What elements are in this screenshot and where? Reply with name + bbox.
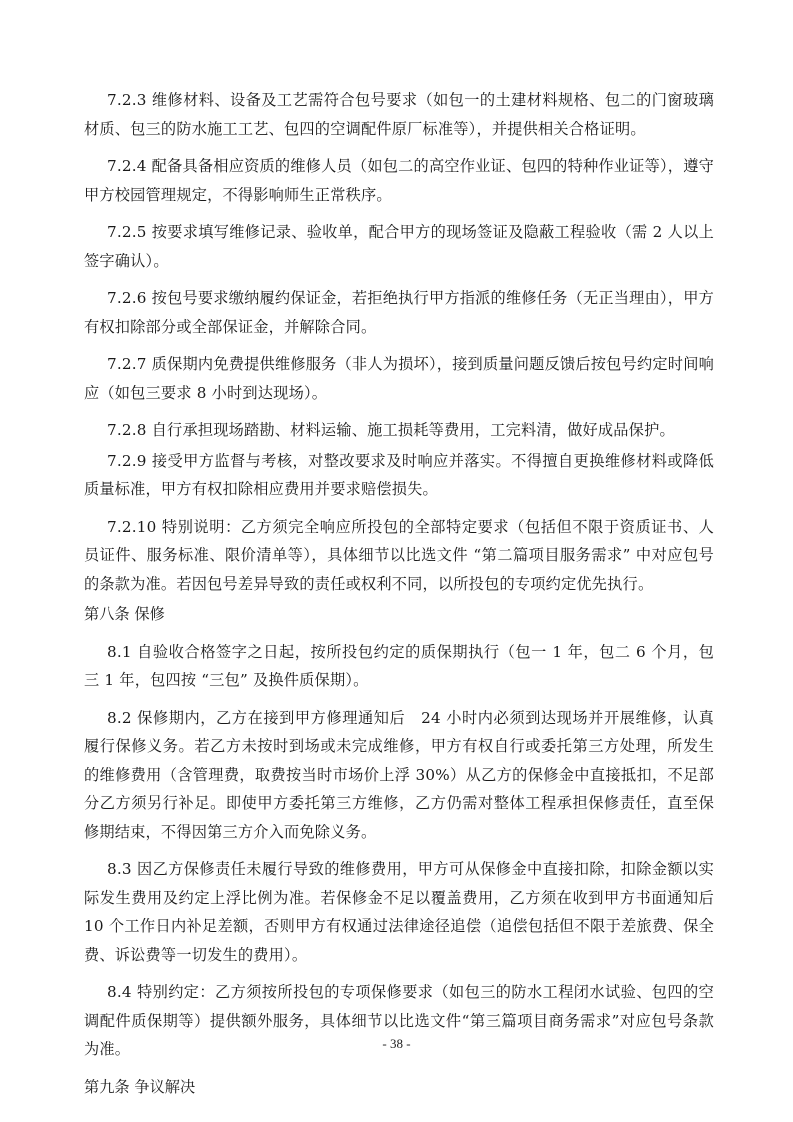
clause-8-1: 8.1 自验收合格签字之日起，按所投包约定的质保期执行（包一 1 年，包二 6 … — [84, 638, 714, 695]
page-number: - 38 - — [0, 1036, 793, 1052]
clause-7-2-7: 7.2.7 质保期内免费提供维修服务（非人为损坏），接到质量问题反馈后按包号约定… — [84, 350, 714, 407]
clause-7-2-5: 7.2.5 按要求填写维修记录、验收单，配合甲方的现场签证及隐蔽工程验收（需 2… — [84, 218, 714, 275]
article-9-heading: 第九条 争议解决 — [84, 1073, 714, 1102]
clause-7-2-8: 7.2.8 自行承担现场踏勘、材料运输、施工损耗等费用，工完料清，做好成品保护。 — [84, 416, 714, 445]
article-8-heading: 第八条 保修 — [84, 600, 714, 629]
clause-7-2-3: 7.2.3 维修材料、设备及工艺需符合包号要求（如包一的土建材料规格、包二的门窗… — [84, 86, 714, 143]
clause-8-2: 8.2 保修期内，乙方在接到甲方修理通知后 24 小时内必须到达现场并开展维修，… — [84, 704, 714, 847]
document-page: 7.2.3 维修材料、设备及工艺需符合包号要求（如包一的土建材料规格、包二的门窗… — [84, 86, 714, 1110]
clause-7-2-4: 7.2.4 配备具备相应资质的维修人员（如包二的高空作业证、包四的特种作业证等）… — [84, 152, 714, 209]
clause-7-2-9: 7.2.9 接受甲方监督与考核，对整改要求及时响应并落实。不得擅自更换维修材料或… — [84, 447, 714, 504]
clause-7-2-10: 7.2.10 特别说明：乙方须完全响应所投包的全部特定要求（包括但不限于资质证书… — [84, 513, 714, 599]
clause-8-3: 8.3 因乙方保修责任未履行导致的维修费用，甲方可从保修金中直接扣除，扣除金额以… — [84, 855, 714, 969]
clause-7-2-6: 7.2.6 按包号要求缴纳履约保证金，若拒绝执行甲方指派的维修任务（无正当理由）… — [84, 284, 714, 341]
